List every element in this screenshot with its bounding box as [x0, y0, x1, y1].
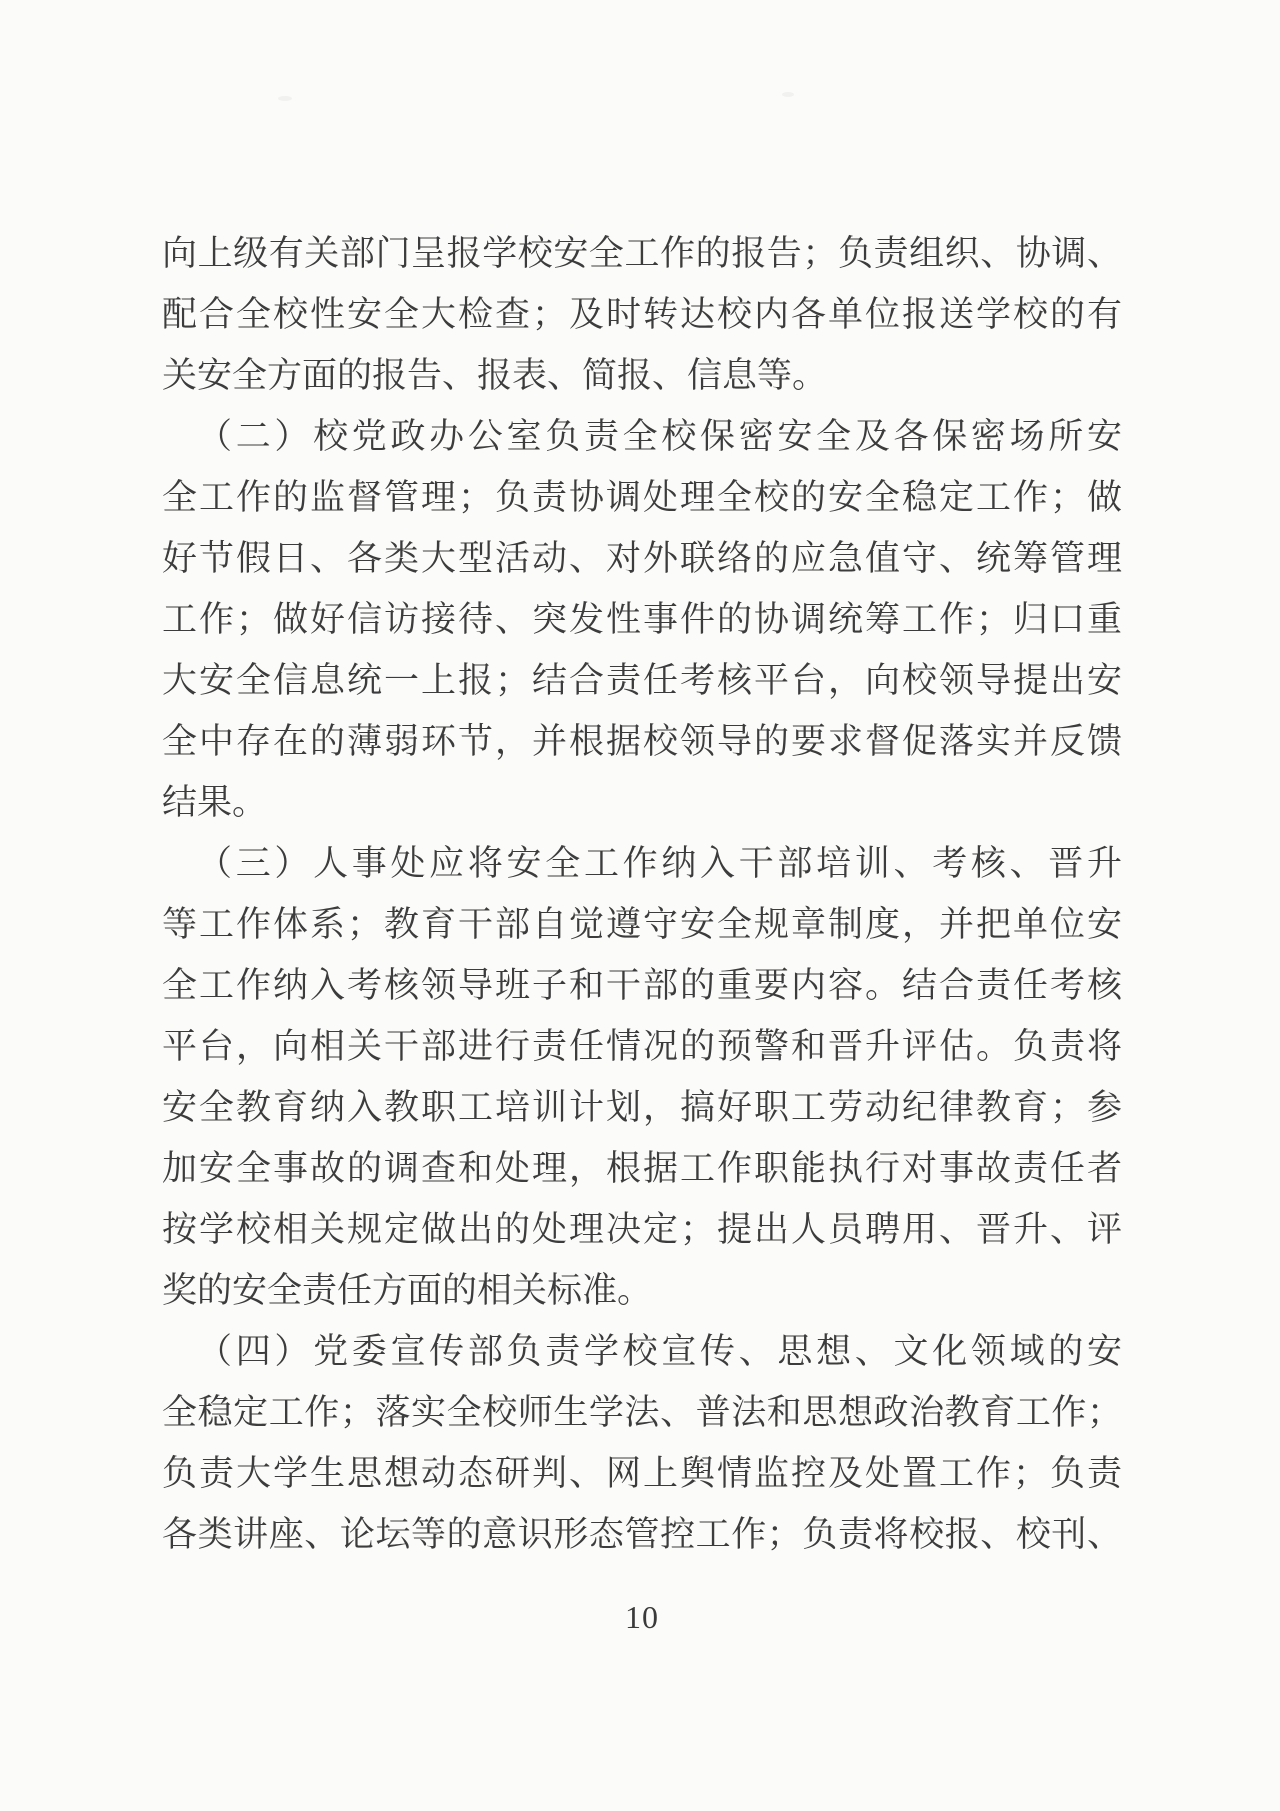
text-line: 全中存在的薄弱环节，并根据校领导的要求督促落实并反馈: [162, 711, 1122, 772]
text-line: 关安全方面的报告、报表、简报、信息等。: [162, 345, 1122, 406]
text-line: 奖的安全责任方面的相关标准。: [162, 1260, 1122, 1321]
text-line: 全稳定工作；落实全校师生学法、普法和思想政治教育工作；: [162, 1382, 1122, 1443]
text-line: （二）校党政办公室负责全校保密安全及各保密场所安: [162, 406, 1122, 467]
text-line: 好节假日、各类大型活动、对外联络的应急值守、统筹管理: [162, 528, 1122, 589]
text-line: 平台，向相关干部进行责任情况的预警和晋升评估。负责将: [162, 1016, 1122, 1077]
document-page: 向上级有关部门呈报学校安全工作的报告；负责组织、协调、 配合全校性安全大检查；及…: [0, 0, 1280, 1811]
text-line: 大安全信息统一上报；结合责任考核平台，向校领导提出安: [162, 650, 1122, 711]
text-line: 负责大学生思想动态研判、网上舆情监控及处置工作；负责: [162, 1443, 1122, 1504]
text-line: 配合全校性安全大检查；及时转达校内各单位报送学校的有: [162, 284, 1122, 345]
scan-artifact: [782, 92, 794, 97]
text-line: 加安全事故的调查和处理，根据工作职能执行对事故责任者: [162, 1138, 1122, 1199]
text-line: 各类讲座、论坛等的意识形态管控工作；负责将校报、校刊、: [162, 1504, 1122, 1565]
text-line: （四）党委宣传部负责学校宣传、思想、文化领域的安: [162, 1321, 1122, 1382]
text-line: 等工作体系；教育干部自觉遵守安全规章制度，并把单位安: [162, 894, 1122, 955]
text-line: 安全教育纳入教职工培训计划，搞好职工劳动纪律教育；参: [162, 1077, 1122, 1138]
text-line: 结果。: [162, 772, 1122, 833]
document-body: 向上级有关部门呈报学校安全工作的报告；负责组织、协调、 配合全校性安全大检查；及…: [162, 223, 1122, 1565]
text-line: 工作；做好信访接待、突发性事件的协调统筹工作；归口重: [162, 589, 1122, 650]
text-line: 向上级有关部门呈报学校安全工作的报告；负责组织、协调、: [162, 223, 1122, 284]
text-line: 按学校相关规定做出的处理决定；提出人员聘用、晋升、评: [162, 1199, 1122, 1260]
text-line: （三）人事处应将安全工作纳入干部培训、考核、晋升: [162, 833, 1122, 894]
text-line: 全工作的监督管理；负责协调处理全校的安全稳定工作；做: [162, 467, 1122, 528]
scan-artifact: [278, 96, 292, 101]
page-number: 10: [162, 1597, 1122, 1637]
text-line: 全工作纳入考核领导班子和干部的重要内容。结合责任考核: [162, 955, 1122, 1016]
